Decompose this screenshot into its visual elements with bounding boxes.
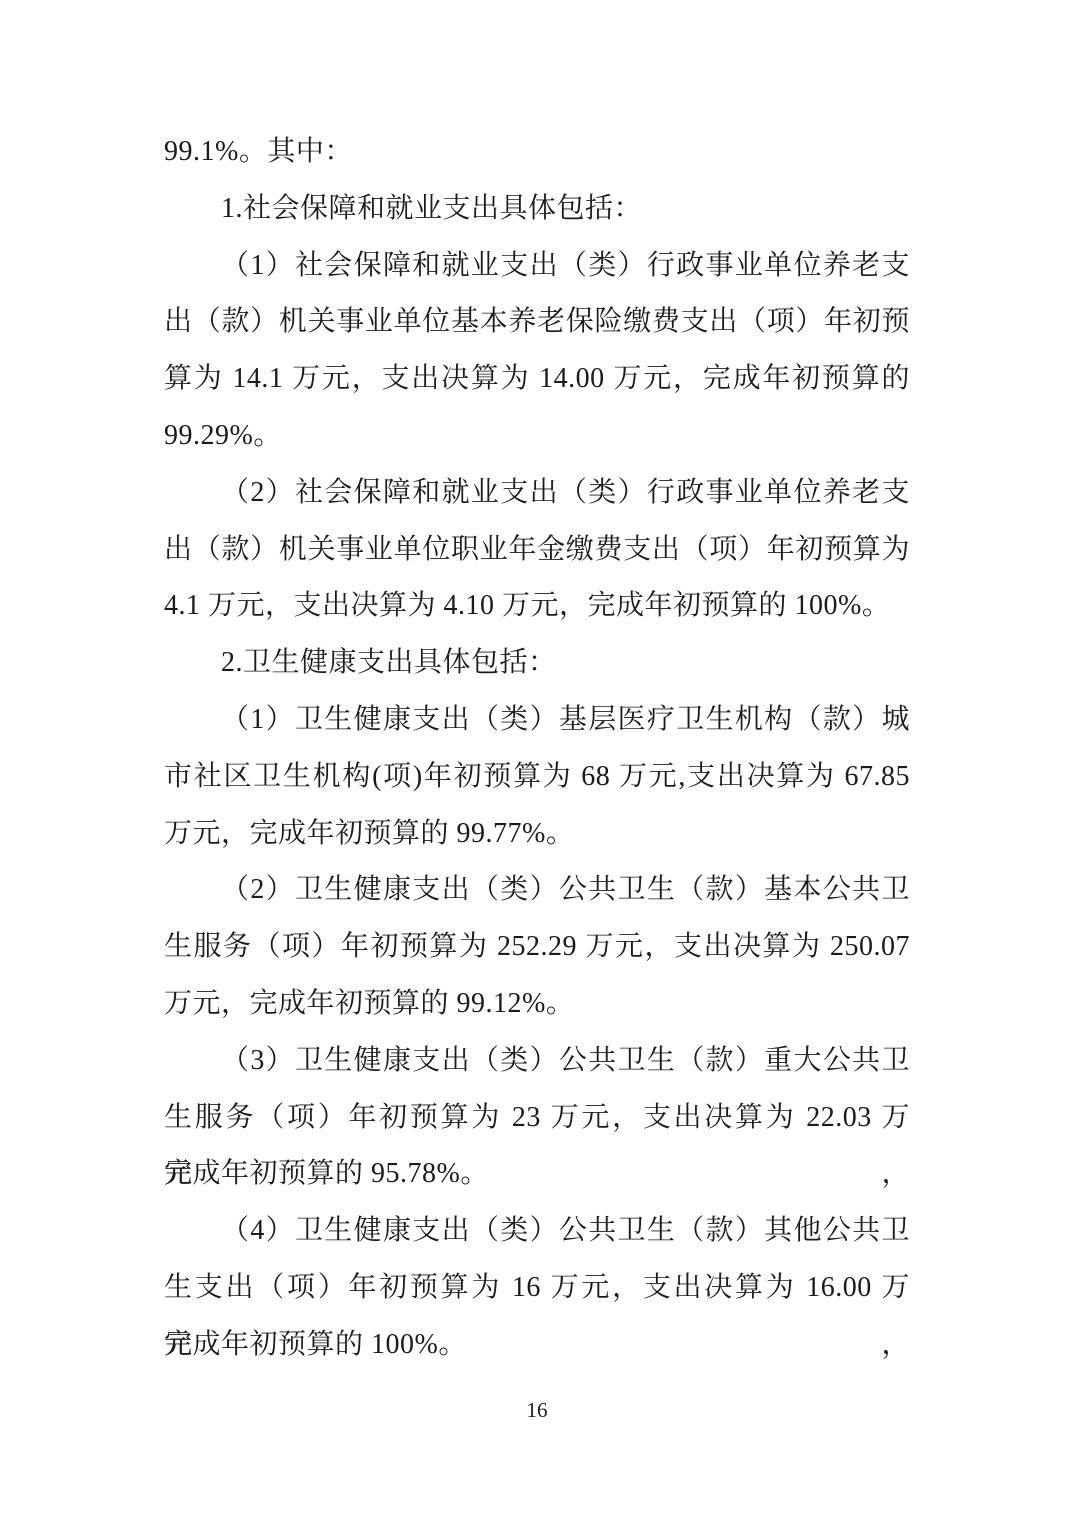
document-body-text: 99.1%。其中：1.社会保障和就业支出具体包括：（1）社会保障和就业支出（类）… — [164, 124, 910, 1374]
text-line: 生服务（项）年初预算为 252.29 万元，支出决算为 250.07 — [164, 919, 910, 976]
text-line: 出（款）机关事业单位基本养老保险缴费支出（项）年初预 — [164, 294, 910, 351]
text-line: 99.29%。 — [164, 408, 910, 465]
text-line: （4）卫生健康支出（类）公共卫生（款）其他公共卫 — [164, 1203, 910, 1260]
text-line: 生服务（项）年初预算为 23 万元，支出决算为 22.03 万元， — [164, 1090, 910, 1147]
text-line: 2.卫生健康支出具体包括： — [164, 635, 910, 692]
text-line: 算为 14.1 万元，支出决算为 14.00 万元，完成年初预算的 — [164, 351, 910, 408]
text-line: 市社区卫生机构(项)年初预算为 68 万元,支出决算为 67.85 — [164, 749, 910, 806]
text-line: （1）卫生健康支出（类）基层医疗卫生机构（款）城 — [164, 692, 910, 749]
text-line: 万元，完成年初预算的 99.77%。 — [164, 806, 910, 863]
text-line: 生支出（项）年初预算为 16 万元，支出决算为 16.00 万元， — [164, 1260, 910, 1317]
text-line: （2）卫生健康支出（类）公共卫生（款）基本公共卫 — [164, 862, 910, 919]
text-line: （2）社会保障和就业支出（类）行政事业单位养老支 — [164, 465, 910, 522]
text-line: 4.1 万元，支出决算为 4.10 万元，完成年初预算的 100%。 — [164, 578, 910, 635]
text-line: （1）社会保障和就业支出（类）行政事业单位养老支 — [164, 238, 910, 295]
document-page: 99.1%。其中：1.社会保障和就业支出具体包括：（1）社会保障和就业支出（类）… — [0, 0, 1074, 1520]
text-line: 出（款）机关事业单位职业年金缴费支出（项）年初预算为 — [164, 522, 910, 579]
text-line: 1.社会保障和就业支出具体包括： — [164, 181, 910, 238]
page-number: 16 — [0, 1396, 1074, 1424]
text-line: （3）卫生健康支出（类）公共卫生（款）重大公共卫 — [164, 1033, 910, 1090]
text-line: 万元，完成年初预算的 99.12%。 — [164, 976, 910, 1033]
text-line: 99.1%。其中： — [164, 124, 910, 181]
